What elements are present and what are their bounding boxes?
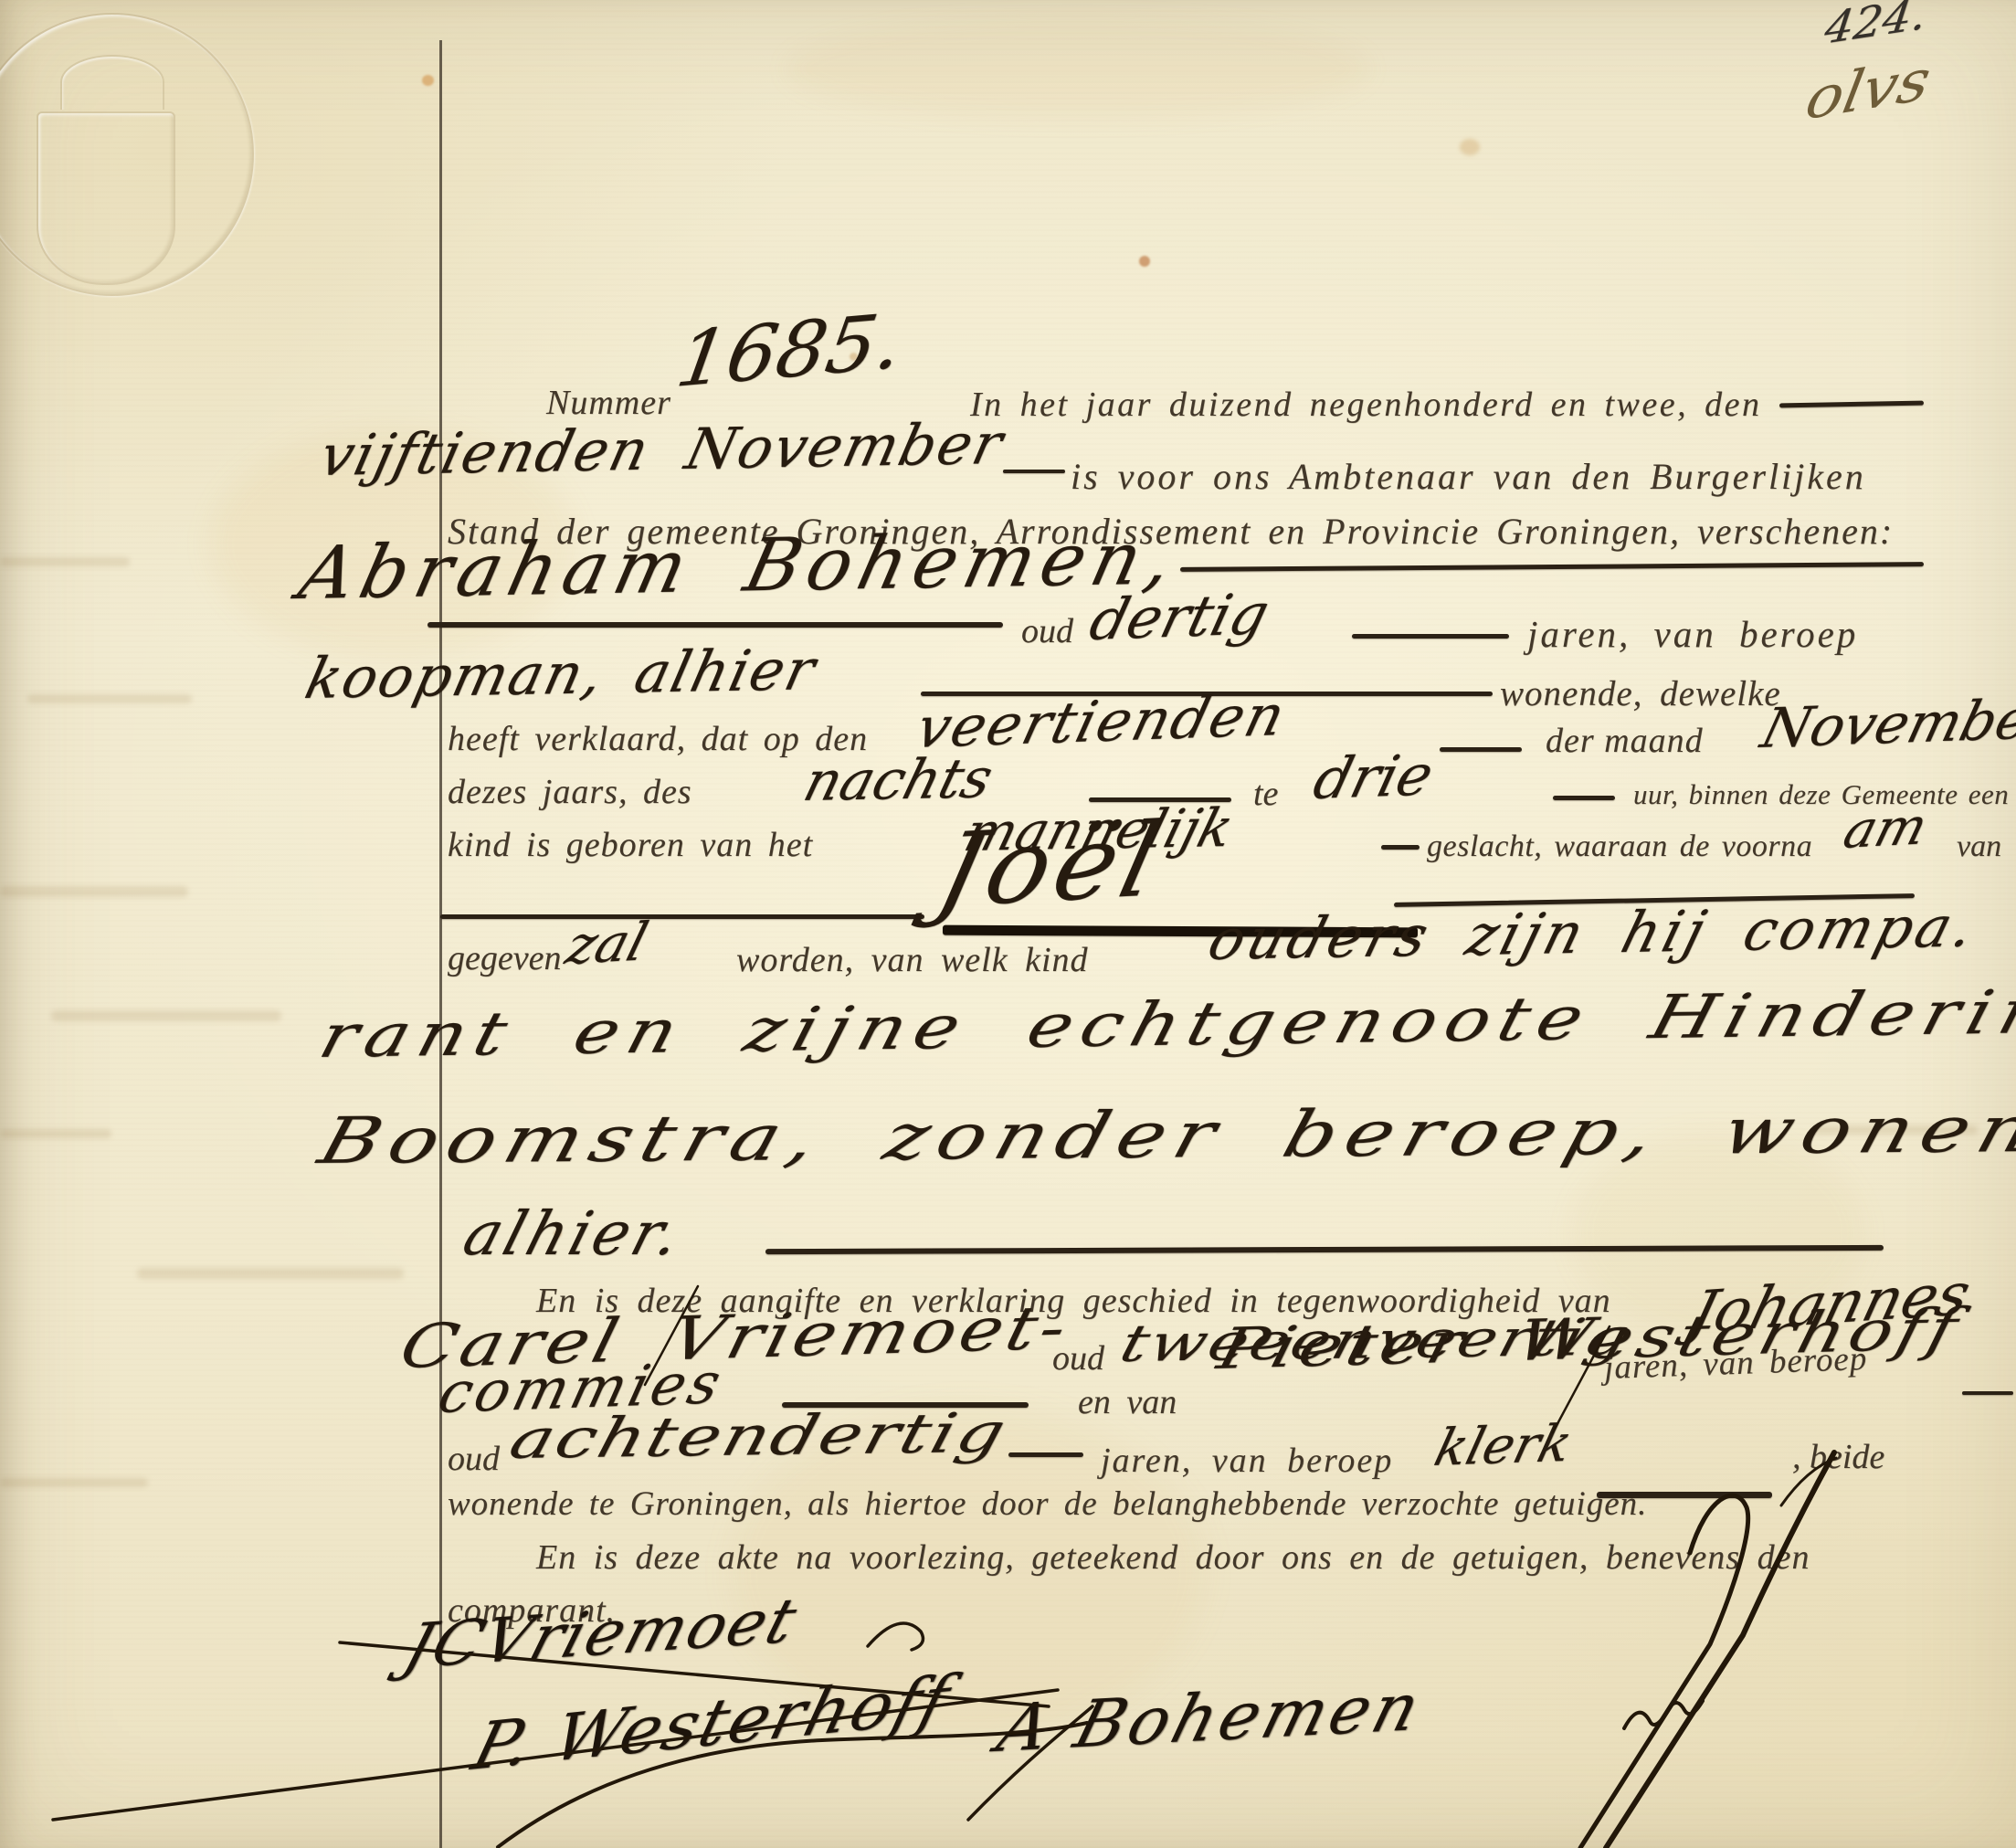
- stain-spot: [1460, 139, 1480, 155]
- bleed-through-line: [27, 694, 192, 703]
- filler-dash: [440, 914, 924, 919]
- margin-rule: [439, 40, 442, 1848]
- witness2-age: achtendertig: [504, 1406, 1013, 1467]
- intro-official-text: is voor ons Ambtenaar van den Burgerlijk…: [1071, 459, 1866, 495]
- birth-hour: drie: [1308, 747, 1439, 808]
- filler-dash: [1352, 634, 1509, 639]
- stain-patch: [786, 18, 1370, 119]
- number-label: Nummer: [546, 385, 671, 420]
- signature-declarant: A Bohemen: [991, 1674, 1430, 1761]
- oud-label-2: oud: [1052, 1341, 1104, 1376]
- zal-hw: zal: [561, 915, 653, 972]
- voornaam-suffix-hw: am: [1838, 802, 1932, 857]
- stain-spot: [422, 75, 434, 86]
- declared-line: heeft verklaard, dat op den: [448, 722, 868, 756]
- filler-dash: [1779, 401, 1924, 408]
- corner-number: 424.: [1822, 0, 1928, 51]
- oud-label-3: oud: [448, 1441, 500, 1476]
- bleed-through-line: [51, 1010, 281, 1021]
- declarant-age: dertig: [1084, 586, 1274, 649]
- der-maand-label: der maand: [1546, 723, 1704, 758]
- birth-certificate-scan: 424. olvs Nummer 1685. In het jaar duize…: [0, 0, 2016, 1848]
- jaren-label: jaren, van beroep: [1527, 616, 1858, 653]
- closing-line: En is deze akte na voorlezing, geteekend…: [536, 1540, 1810, 1575]
- filler-dash: [1003, 470, 1065, 473]
- declarant-name: Abraham Bohemen,: [293, 522, 1187, 610]
- declarant-occupation: koopman, alhier: [301, 641, 822, 707]
- filler-dash: [1553, 796, 1615, 800]
- uur-line: uur, binnen deze Gemeente een: [1633, 780, 2009, 808]
- date-day-month: vijftienden November: [315, 416, 1009, 484]
- residence-line: wonende te Groningen, als hiertoe door d…: [448, 1487, 1647, 1521]
- filler-dash: [1008, 1452, 1083, 1457]
- child-name: Joël: [929, 809, 1174, 923]
- wonende-label: wonende, dewelke: [1500, 676, 1781, 712]
- birth-day: veertienden: [911, 687, 1292, 756]
- filler-dash: [1180, 562, 1924, 572]
- oud-label: oud: [1021, 614, 1073, 649]
- filler-dash: [427, 622, 1003, 628]
- intro-year-text: In het jaar duizend negenhonderd en twee…: [970, 387, 1761, 422]
- witness2-occupation: klerk: [1430, 1419, 1577, 1474]
- beide-label: , beide: [1792, 1440, 1884, 1474]
- signature-witness2: P. Westerhoff: [467, 1666, 957, 1779]
- seal-shield: [37, 111, 175, 285]
- bleed-through-line: [0, 886, 188, 897]
- bleed-through-line: [137, 1268, 404, 1279]
- birth-daypart: nachts: [798, 751, 998, 809]
- bleed-through-line: [0, 1478, 148, 1487]
- van-label: van: [1957, 831, 2001, 862]
- filler-dash: [1381, 845, 1420, 850]
- geslacht-line: geslacht, waaraan de voorna: [1427, 831, 1812, 862]
- filler-dash: [1962, 1391, 2013, 1395]
- gegeven-label: gegeven: [448, 941, 561, 976]
- vriemoet-end-loop: [868, 1623, 923, 1650]
- birth-month: November: [1756, 692, 2016, 756]
- bleed-through-line: [0, 557, 130, 566]
- parents-hw-3: Boomstra, zonder beroep, wonende: [312, 1096, 2016, 1173]
- seal-crown: [60, 55, 164, 110]
- worden-line: worden, van welk kind: [736, 943, 1089, 977]
- parents-hw-4: alhier.: [458, 1204, 691, 1264]
- bleed-through-line: [0, 1129, 111, 1138]
- parents-hw-1: ouders zijn hij compa.: [1203, 898, 1984, 968]
- en-van-label: en van: [1078, 1385, 1177, 1420]
- corner-mark: olvs: [1801, 51, 1935, 129]
- kind-line: kind is geboren van het: [448, 828, 813, 862]
- act-number: 1685.: [671, 302, 907, 398]
- stain-spot: [1139, 256, 1150, 267]
- parents-hw-2: rant en zijne echtgenoote Hinderina: [313, 981, 2016, 1067]
- jaren-label-3: jaren, van beroep: [1101, 1443, 1393, 1478]
- te-label: te: [1253, 776, 1278, 811]
- filler-dash: [1440, 747, 1522, 752]
- filler-dash: [765, 1245, 1884, 1254]
- registrar-paraph-squiggle: [1624, 1701, 1703, 1728]
- dezes-line: dezes jaars, des: [448, 775, 692, 809]
